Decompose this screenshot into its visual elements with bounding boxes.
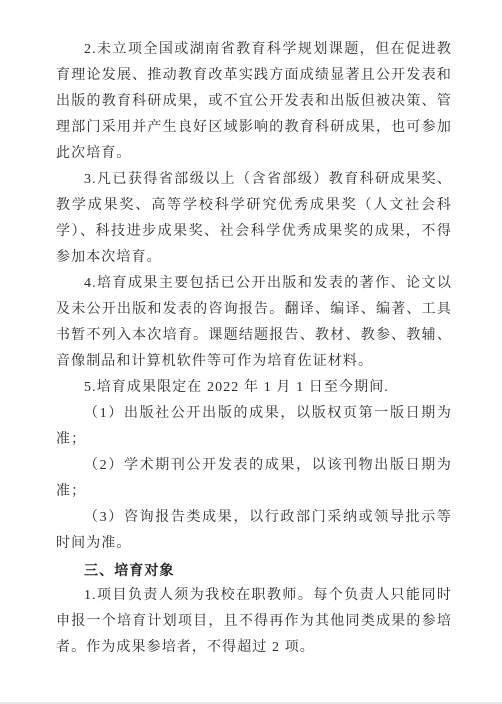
paragraph-item-4: 4.培育成果主要包括已公开出版和发表的著作、论文以及未公开出版和发表的咨询报告。… [56,271,452,375]
paragraph-section-3-item-1: 1.项目负责人须为我校在职教师。每个负责人只能同时申报一个培育计划项目，且不得再… [56,583,452,661]
paragraph-item-5-sub-3: （3）咨询报告类成果，以行政部门采纳或领导批示等时间为准。 [56,505,452,557]
paragraph-item-5: 5.培育成果限定在 2022 年 1 月 1 日至今期间. [56,375,452,401]
section-heading-cultivation-targets: 三、培育对象 [56,557,452,583]
paragraph-item-3: 3.凡已获得省部级以上（含省部级）教育科研成果奖、教学成果奖、高等学校科学研究优… [56,167,452,271]
document-page: 2.未立项全国或湖南省教育科学规划课题，但在促进教育理论发展、推动教育改革实践方… [0,0,502,704]
paragraph-item-5-sub-2: （2）学术期刊公开发表的成果，以该刊物出版日期为准； [56,453,452,505]
paragraph-item-5-sub-1: （1）出版社公开出版的成果，以版权页第一版日期为准； [56,401,452,453]
paragraph-item-2: 2.未立项全国或湖南省教育科学规划课题，但在促进教育理论发展、推动教育改革实践方… [56,37,452,167]
